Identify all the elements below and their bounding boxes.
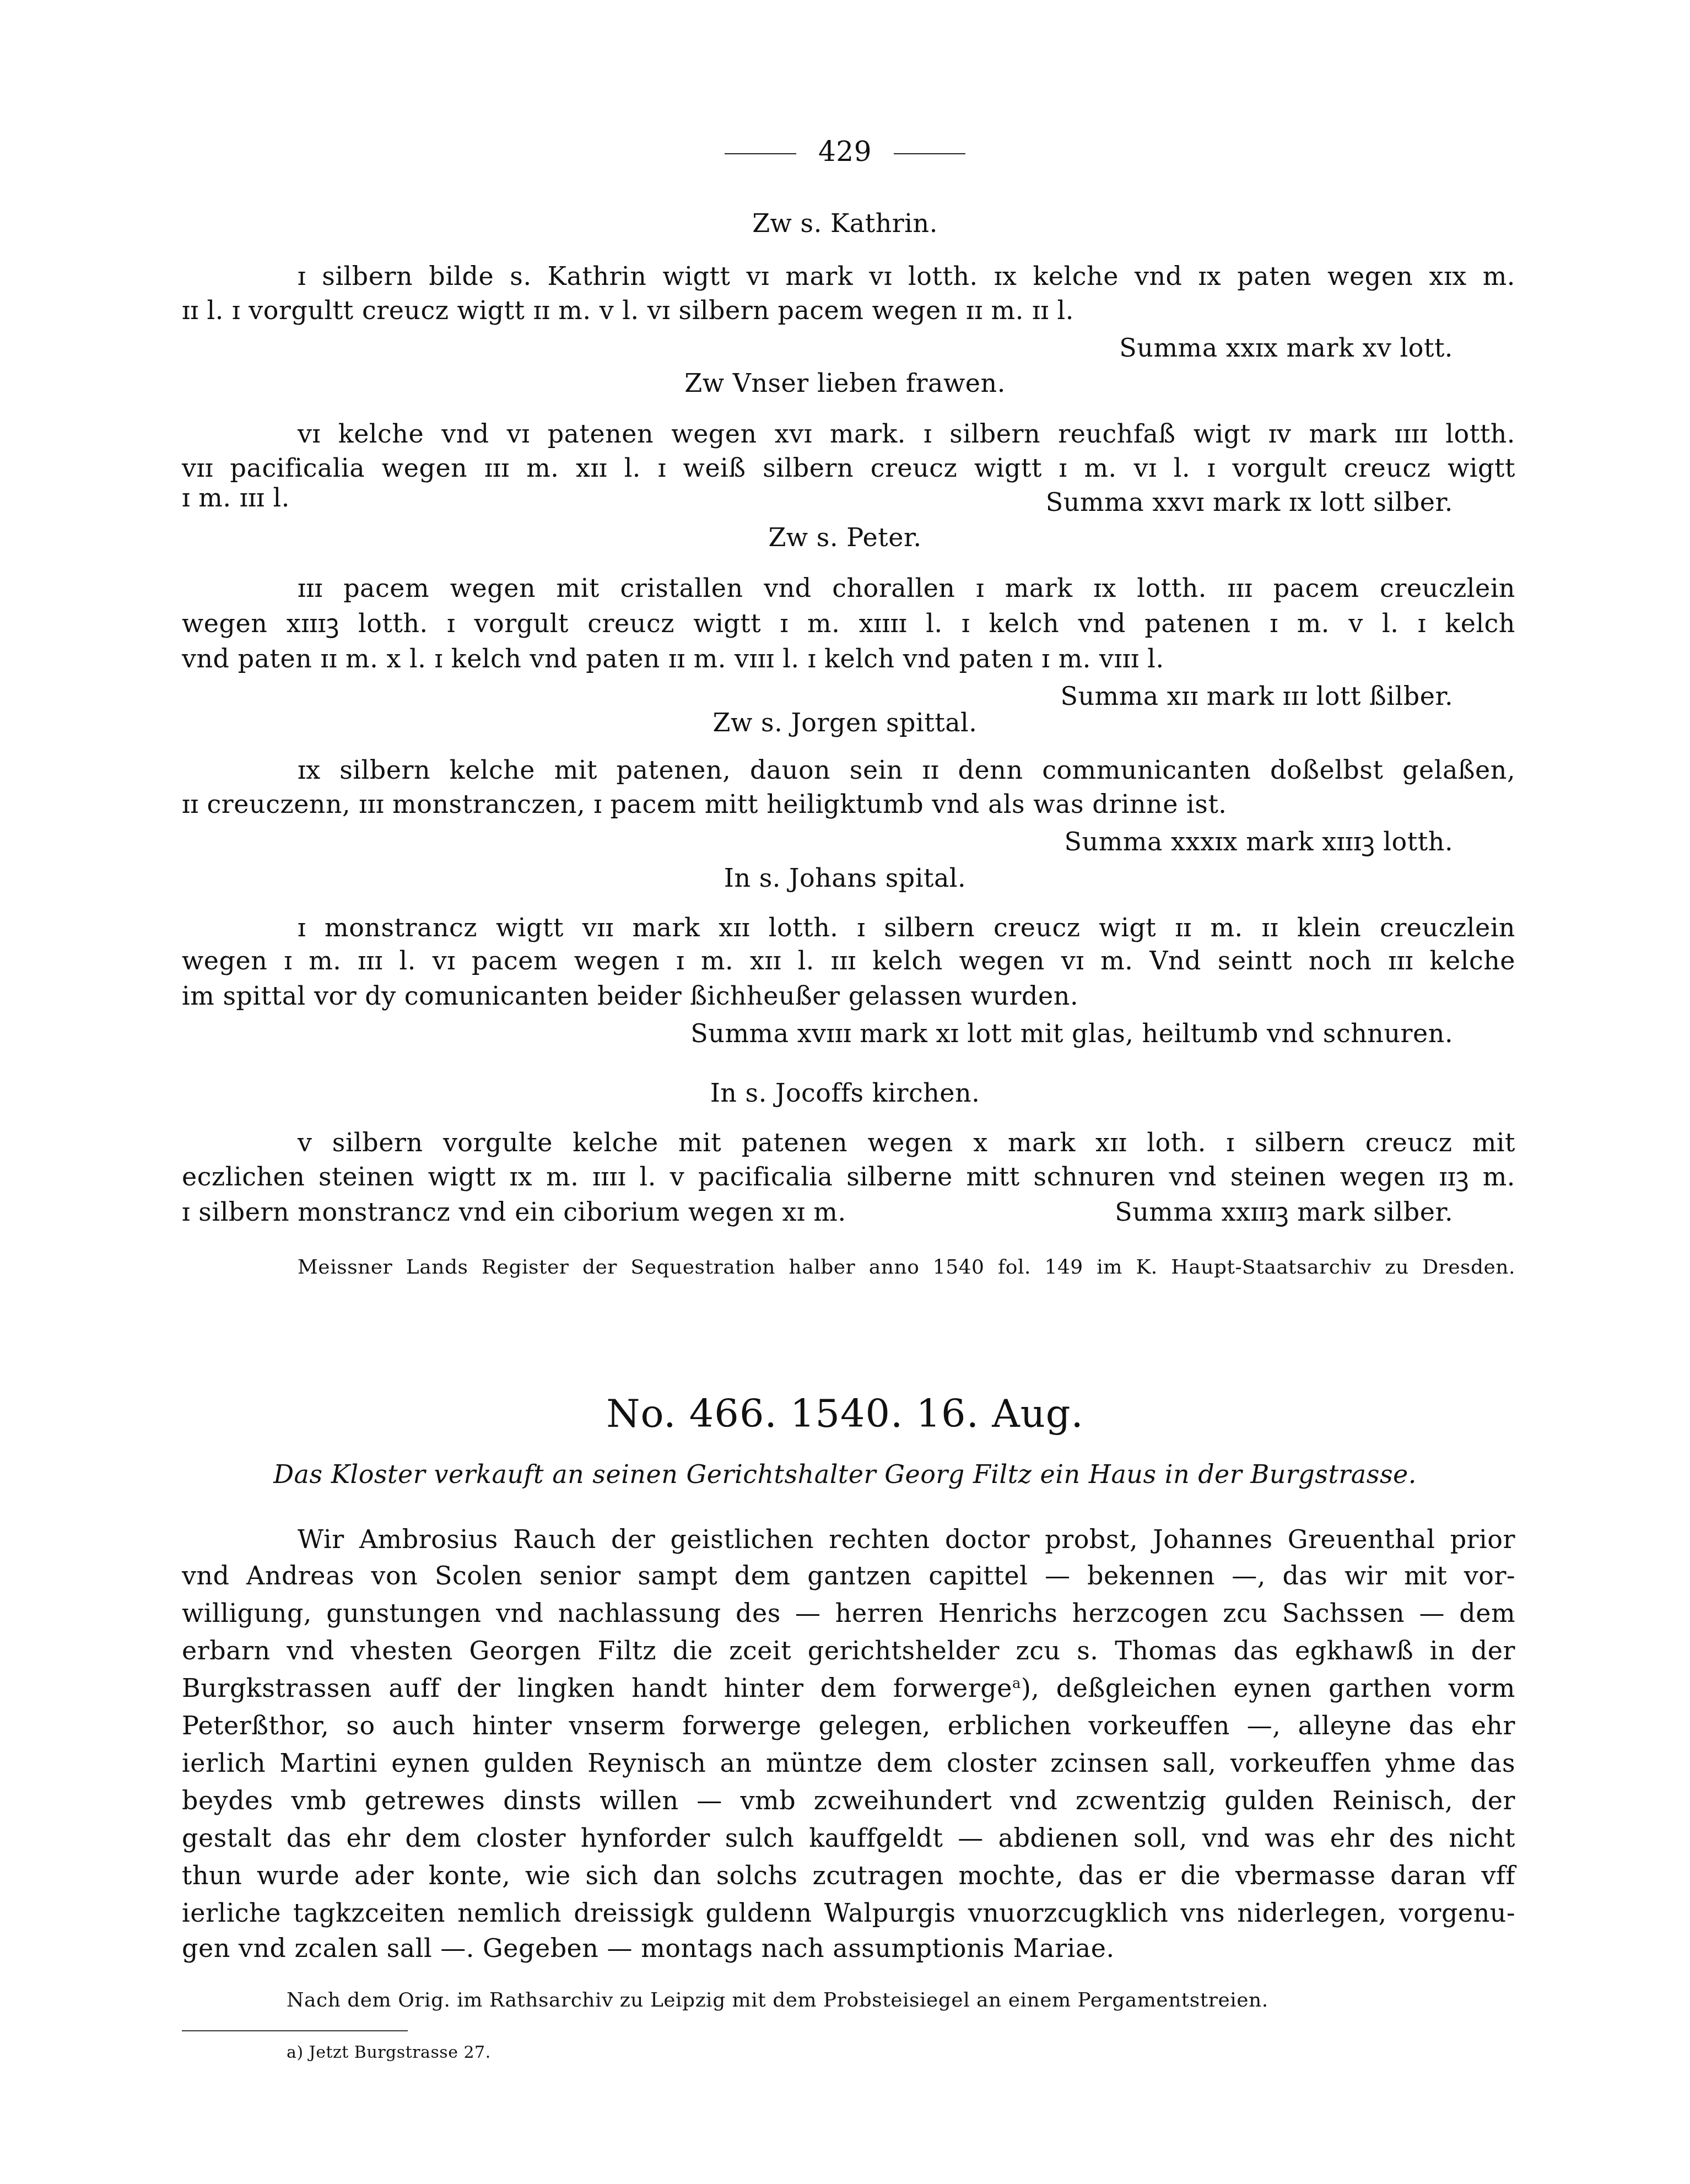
summa-line: Summa xxxɪx mark xɪɪɪꝫ lotth. bbox=[1065, 829, 1453, 854]
divider bbox=[894, 153, 965, 154]
body-line: Peterßthor, so auch hinter vnserm forwer… bbox=[182, 1713, 1515, 1738]
text-line: ɪ silbern bilde s. Kathrin wigtt vɪ mark… bbox=[298, 263, 1515, 289]
text-line: ɪ monstrancz wigtt vɪɪ mark xɪɪ lotth. ɪ… bbox=[298, 915, 1515, 940]
section-heading: Zw s. Peter. bbox=[0, 525, 1690, 550]
text-line: ɪ silbern monstrancz vnd ein ciborium we… bbox=[182, 1199, 846, 1225]
body-line: erbarn vnd vhesten Georgen Filtz die zce… bbox=[182, 1638, 1515, 1663]
section-heading: Zw s. Jorgen spittal. bbox=[0, 710, 1690, 735]
text-line: im spittal vor dy comunicanten beider ßi… bbox=[182, 983, 1078, 1009]
summa-line: Summa xɪɪ mark ɪɪɪ lott ßilber. bbox=[1060, 683, 1453, 709]
body-line: willigung, gunstungen vnd nachlassung de… bbox=[182, 1600, 1515, 1626]
summa-line: Summa xvɪɪɪ mark xɪ lott mit glas, heilt… bbox=[690, 1021, 1453, 1046]
body-line: ierliche tagkzceiten nemlich dreissigk g… bbox=[182, 1900, 1515, 1926]
page-number: 429 bbox=[818, 136, 872, 168]
body-line: vnd Andreas von Scolen senior sampt dem … bbox=[182, 1563, 1515, 1588]
body-line: ierlich Martini eynen gulden Reynisch an… bbox=[182, 1750, 1515, 1776]
document-subtitle: Das Kloster verkauft an seinen Gerichtsh… bbox=[0, 1462, 1690, 1487]
page-number-line: 429 bbox=[0, 138, 1690, 165]
footnote: a) Jetzt Burgstrasse 27. bbox=[287, 2045, 491, 2061]
text-line: ɪ m. ɪɪɪ l. bbox=[182, 485, 290, 510]
text-line: ɪx silbern kelche mit patenen, dauon sei… bbox=[298, 757, 1515, 783]
body-line-text: Burgkstrassen auff der lingken handt hin… bbox=[182, 1673, 1012, 1703]
text-line: wegen ɪ m. ɪɪɪ l. vɪ pacem wegen ɪ m. xɪ… bbox=[182, 948, 1515, 973]
section-heading: In s. Johans spital. bbox=[0, 865, 1690, 891]
text-line: eczlichen steinen wigtt ɪx m. ɪɪɪɪ l. v … bbox=[182, 1164, 1515, 1189]
body-line: gen vnd zcalen sall —. Gegeben — montags… bbox=[182, 1935, 1115, 1961]
body-line-tail: ), deßgleichen eynen garthen vorm bbox=[1021, 1673, 1515, 1703]
text-line: ɪɪ l. ɪ vorgultt creucz wigtt ɪɪ m. v l.… bbox=[182, 298, 1074, 323]
body-line: Wir Ambrosius Rauch der geistlichen rech… bbox=[298, 1527, 1515, 1552]
body-line: gestalt das ehr dem closter hynforder su… bbox=[182, 1825, 1515, 1851]
text-line: ɪɪ creuczenn, ɪɪɪ monstranczen, ɪ pacem … bbox=[182, 791, 1227, 817]
divider bbox=[725, 153, 796, 154]
body-line: thun wurde ader konte, wie sich dan solc… bbox=[182, 1863, 1515, 1888]
source-note: Nach dem Orig. im Rathsarchiv zu Leipzig… bbox=[287, 1991, 1268, 2010]
summa-line: Summa xxɪx mark xv lott. bbox=[1119, 335, 1453, 360]
text-line: wegen xɪɪɪꝫ lotth. ɪ vorgult creucz wigt… bbox=[182, 611, 1515, 636]
text-line: ɪɪɪ pacem wegen mit cristallen vnd chora… bbox=[298, 575, 1515, 601]
source-note: Meissner Lands Register der Sequestratio… bbox=[298, 1258, 1515, 1277]
section-heading: In s. Jocoffs kirchen. bbox=[0, 1080, 1690, 1106]
body-line: beydes vmb getrewes dinsts willen — vmb … bbox=[182, 1788, 1515, 1813]
footnote-marker: a bbox=[1012, 1675, 1021, 1692]
section-heading: Zw Vnser lieben frawen. bbox=[0, 370, 1690, 396]
body-line: Burgkstrassen auff der lingken handt hin… bbox=[182, 1675, 1515, 1701]
text-line: vnd paten ɪɪ m. x l. ɪ kelch vnd paten ɪ… bbox=[182, 646, 1164, 671]
section-heading: Zw s. Kathrin. bbox=[0, 211, 1690, 236]
footnote-divider bbox=[182, 2030, 408, 2031]
text-line: vɪɪ pacificalia wegen ɪɪɪ m. xɪɪ l. ɪ we… bbox=[182, 455, 1515, 481]
text-line: v silbern vorgulte kelche mit patenen we… bbox=[298, 1130, 1515, 1155]
text-line: vɪ kelche vnd vɪ patenen wegen xvɪ mark.… bbox=[298, 421, 1515, 446]
document-title: No. 466. 1540. 16. Aug. bbox=[0, 1394, 1690, 1433]
summa-line: Summa xxvɪ mark ɪx lott silber. bbox=[1046, 489, 1453, 515]
document-page: 429 Zw s. Kathrin. ɪ silbern bilde s. Ka… bbox=[0, 0, 1690, 2184]
summa-line: Summa xxɪɪɪꝫ mark silber. bbox=[1115, 1199, 1453, 1225]
